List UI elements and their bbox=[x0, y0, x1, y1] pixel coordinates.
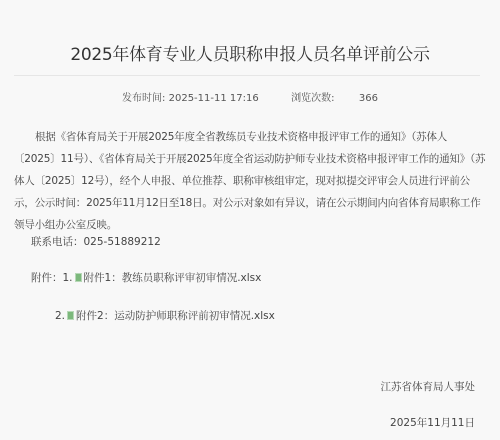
article-meta: 发布时间: 2025-11-11 17:16 浏览次数: 366 bbox=[0, 89, 500, 104]
article-body: 根据《省体育局关于开展2025年度全省教练员专业技术资格申报评审工作的通知》（苏… bbox=[14, 126, 486, 236]
views-label: 浏览次数: bbox=[291, 89, 334, 104]
title-divider bbox=[14, 75, 480, 76]
page-title: 2025年体育专业人员职称申报人员名单评前公示 bbox=[0, 40, 500, 65]
publish-time: 2025-11-11 17:16 bbox=[169, 93, 259, 104]
attachment-row-1: 附件： 1. 附件1：教练员职称评审初审情况.xlsx bbox=[31, 270, 261, 285]
attachments-label: 附件： bbox=[31, 270, 63, 285]
contact-phone: 联系电话：025-51889212 bbox=[31, 234, 161, 249]
attachment-number: 2. bbox=[55, 310, 65, 322]
excel-file-icon bbox=[67, 311, 74, 320]
publish-label: 发布时间: bbox=[122, 89, 165, 104]
attachment-number: 1. bbox=[63, 272, 73, 284]
views-count: 366 bbox=[359, 93, 378, 104]
attachment-row-2: 2. 附件2：运动防护师职称评前初审情况.xlsx bbox=[55, 308, 275, 323]
attachment-link-2[interactable]: 附件2：运动防护师职称评前初审情况.xlsx bbox=[76, 308, 275, 323]
excel-file-icon bbox=[75, 273, 82, 282]
sign-date: 2025年11月11日 bbox=[390, 415, 475, 430]
attachment-link-1[interactable]: 附件1：教练员职称评审初审情况.xlsx bbox=[84, 270, 262, 285]
signature: 江苏省体育局人事处 bbox=[381, 379, 476, 394]
